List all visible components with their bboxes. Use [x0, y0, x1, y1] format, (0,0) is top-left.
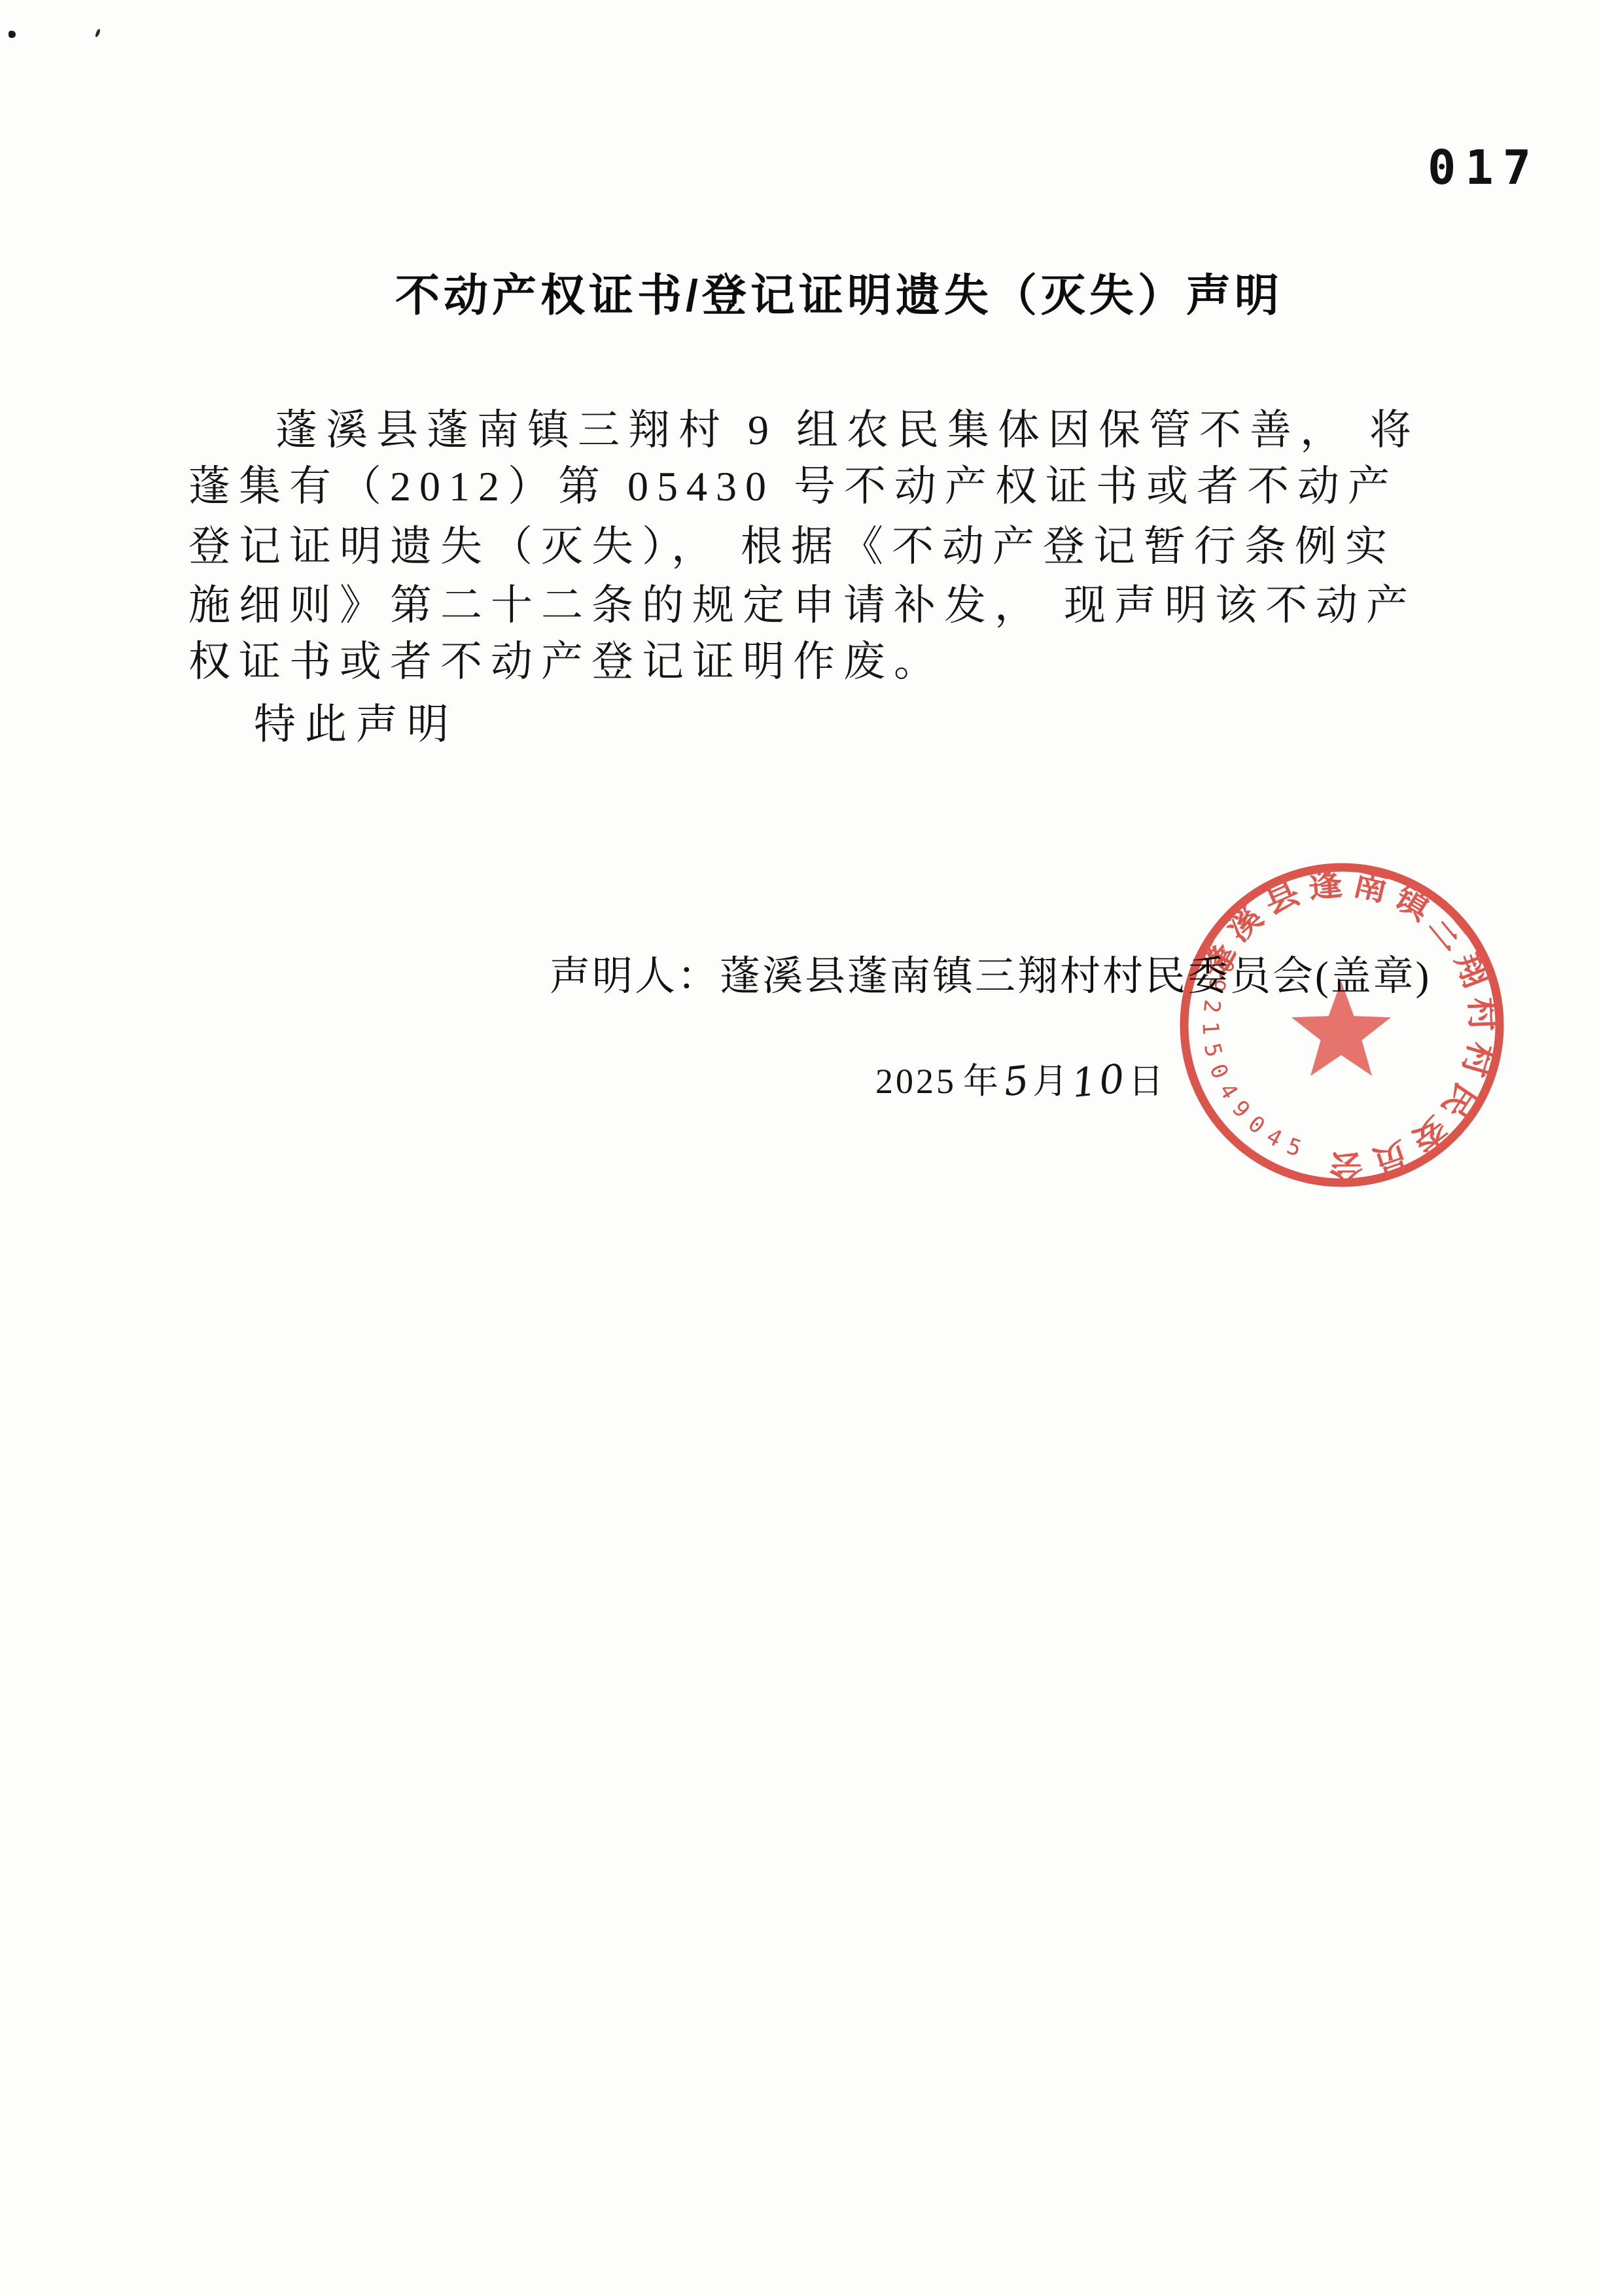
- body-paragraph-line: 蓬集有（2012）第 05430 号不动产权证书或者不动产: [188, 453, 1398, 513]
- scan-speck: [95, 29, 101, 38]
- date-day-label: 日: [1129, 1062, 1167, 1101]
- body-paragraph-line: 蓬溪县蓬南镇三翔村 9 组农民集体因保管不善， 将: [275, 396, 1420, 457]
- date-year-label: 年: [963, 1062, 1001, 1101]
- date-year: 2025: [875, 1062, 957, 1101]
- date-month-handwritten: 5: [1002, 1057, 1034, 1105]
- date-line: 2025年5月10日: [875, 1053, 1167, 1104]
- closing-statement: 特此声明: [254, 691, 458, 751]
- official-seal-stamp: 蓬溪县蓬南镇三翔村村民委员会 09215049045: [1170, 852, 1517, 1198]
- page-number: 017: [1428, 140, 1540, 195]
- star-icon: [1291, 981, 1391, 1076]
- date-month-label: 月: [1032, 1062, 1070, 1101]
- seal-code: 09215049045: [1197, 953, 1314, 1166]
- scan-speck: [9, 31, 16, 38]
- date-day-handwritten: 10: [1070, 1056, 1129, 1107]
- page-title: 不动产权证书/登记证明遗失（灭失）声明: [395, 260, 1283, 324]
- body-paragraph-line: 权证书或者不动产登记证明作废。: [188, 628, 944, 688]
- declarant-label: 声明人：: [550, 954, 720, 999]
- body-paragraph-line: 施细则》第二十二条的规定申请补发， 现声明该不动产: [188, 572, 1416, 632]
- document-page: 017 不动产权证书/登记证明遗失（灭失）声明 蓬溪县蓬南镇三翔村 9 组农民集…: [0, 0, 1599, 2296]
- body-paragraph-line: 登记证明遗失（灭失）， 根据《不动产登记暂行条例实: [188, 513, 1396, 573]
